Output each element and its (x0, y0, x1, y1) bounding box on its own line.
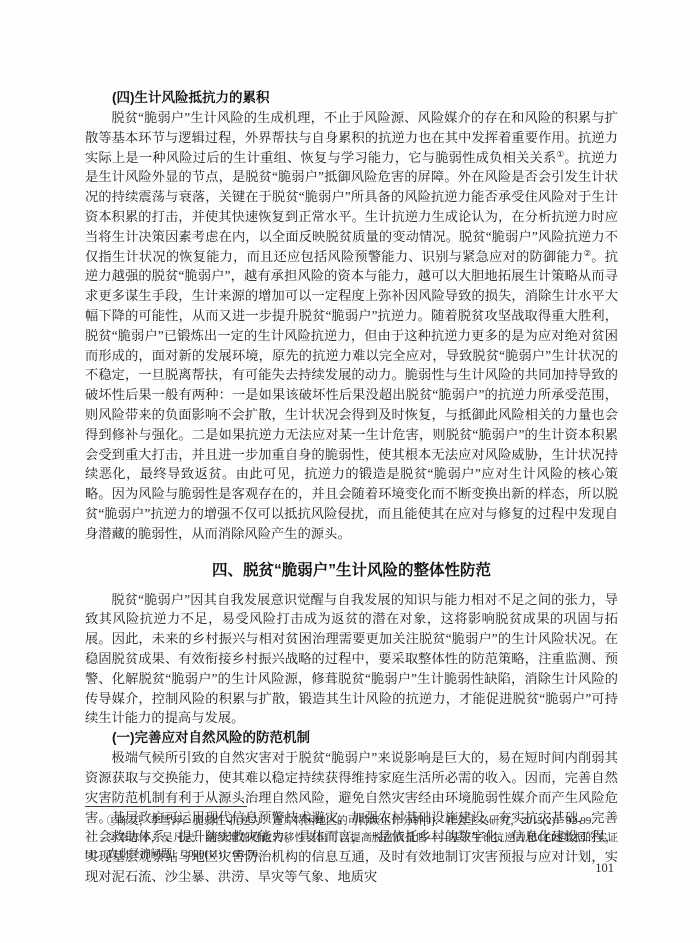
paragraph-holistic-prevention: 脱贫“脆弱户”因其自我发展意识觉醒与自我发展的知识与能力相对不足之间的张力，导致… (85, 590, 618, 729)
footnote-1: ①陈艾，李雪萍．脆弱性-抗逆力：连片特困地区的可持续生计分析[J]．社会主义研究… (85, 813, 618, 830)
paragraph-risk-resistance: 脱贫“脆弱户”生计风险的生成机理，不止于风险源、风险媒介的存在和风险的积累与扩散… (85, 108, 618, 544)
footnotes-block: ①陈艾，李雪萍．脆弱性-抗逆力：连片特困地区的可持续生计分析[J]．社会主义研究… (85, 806, 618, 863)
subsection-heading-1: (一)完善应对自然风险的防范机制 (85, 728, 618, 748)
section-heading-4: 四、脱贫“脆弱户”生计风险的整体性防范 (85, 560, 618, 582)
paragraph-segment-3: 。抗逆力越强的脱贫“脆弱户”，越有承担风险的资本与能力，越可以大胆地拓展生计策略… (85, 249, 618, 541)
footnote-divider (85, 806, 247, 807)
paragraph-segment-2: 。抗逆力是生计风险外显的节点，是脱贫“脆弱户”抵御风险危害的屏障。外在风险是否会… (85, 150, 618, 264)
subsection-heading-4: (四)生计风险抵抗力的累积 (85, 88, 618, 108)
footnote-2: ②李志平，吴凡夫．继续增加财政转移性支出可以提高脱贫质量吗——基于生计抗逆力和C… (85, 830, 618, 863)
paragraph-segment-1: 脱贫“脆弱户”生计风险的生成机理，不止于风险源、风险媒介的存在和风险的积累与扩散… (85, 110, 618, 165)
journal-page: (四)生计风险抵抗力的累积 脱贫“脆弱户”生计风险的生成机理，不止于风险源、风险… (0, 0, 700, 943)
page-number: 101 (595, 861, 614, 876)
article-body: (四)生计风险抵抗力的累积 脱贫“脆弱户”生计风险的生成机理，不止于风险源、风险… (85, 88, 618, 887)
